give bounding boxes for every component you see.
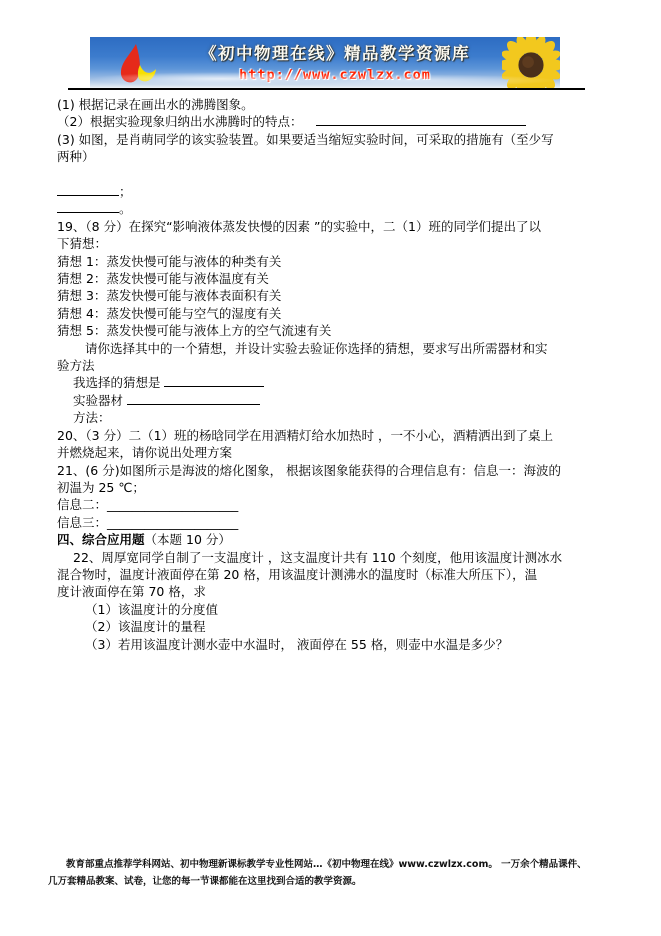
footer-line: 几万套精品教案、试卷，让您的每一节课都能在这里找到合适的教学资源。: [48, 874, 616, 891]
line-text: 猜想 4：蒸发快慢可能与空气的湿度有关: [57, 306, 281, 321]
site-banner: 《初中物理在线》精品教学资源库 http://www.czwlzx.com: [90, 37, 560, 88]
doc-line: 请你选择其中的一个猜想，并设计实验去验证你选择的猜想，要求写出所需器材和实: [57, 340, 604, 357]
fill-in-blank: [57, 201, 119, 213]
line-text: 猜想 3：蒸发快慢可能与液体表面积有关: [57, 288, 281, 303]
doc-line: （1）该温度计的分度值: [57, 601, 604, 618]
sunflower-icon: [502, 37, 560, 88]
line-text: 猜想 1：蒸发快慢可能与液体的种类有关: [57, 254, 281, 269]
heading-normal-text: （本题 10 分）: [145, 532, 231, 547]
doc-line: 混合物时，温度计液面停在第 20 格，用该温度计测沸水的温度时（标准大所压下），…: [57, 566, 604, 583]
blank-line: [57, 166, 604, 183]
doc-line: 猜想 5：蒸发快慢可能与液体上方的空气流速有关: [57, 322, 604, 339]
line-text: (3) 如图，是肖萌同学的该实验装置。如果要适当缩短实验时间，可采取的措施有（至…: [57, 132, 554, 147]
doc-line: 方法：: [57, 409, 604, 426]
logo-flame-icon: [112, 43, 158, 87]
line-text: 验方法: [57, 358, 95, 373]
doc-line: ；: [57, 183, 604, 200]
doc-line: 猜想 2：蒸发快慢可能与液体温度有关: [57, 270, 604, 287]
doc-line: 猜想 1：蒸发快慢可能与液体的种类有关: [57, 253, 604, 270]
doc-line: 并燃烧起来，请你说出处理方案: [57, 444, 604, 461]
fill-in-blank: [164, 375, 264, 387]
line-text: 19、（8 分）在探究“影响液体蒸发快慢的因素 ”的实验中，二（1）班的同学们提…: [57, 219, 541, 234]
line-text: 度计液面停在第 70 格，求: [57, 584, 206, 599]
line-text: 。: [119, 201, 132, 216]
fill-in-blank: [127, 393, 260, 405]
doc-line: 验方法: [57, 357, 604, 374]
line-text: 20、（3 分）二（1）班的杨晗同学在用酒精灯给水加热时 ，一不小心，酒精洒出到…: [57, 428, 553, 443]
line-text: 请你选择其中的一个猜想，并设计实验去验证你选择的猜想，要求写出所需器材和实: [85, 341, 548, 356]
banner-title: 《初中物理在线》精品教学资源库: [180, 40, 490, 64]
line-text: 22、周厚宽同学自制了一支温度计 ，这支温度计共有 110 个刻度，他用该温度计…: [73, 550, 562, 565]
doc-line: 下猜想：: [57, 235, 604, 252]
doc-line: 21、(6 分)如图所示是海波的熔化图象， 根据该图象能获得的合理信息有：信息一…: [57, 462, 604, 479]
fill-in-blank: [57, 184, 119, 196]
line-text: （2）该温度计的量程: [85, 619, 205, 634]
doc-line: 22、周厚宽同学自制了一支温度计 ，这支温度计共有 110 个刻度，他用该温度计…: [57, 549, 604, 566]
line-text: 混合物时，温度计液面停在第 20 格，用该温度计测沸水的温度时（标准大所压下），…: [57, 567, 537, 582]
line-text: (1) 根据记录在画出水的沸腾图象。: [57, 97, 254, 112]
doc-line: （3）若用该温度计测水壶中水温时， 液面停在 55 格，则壶中水温是多少？: [57, 636, 604, 653]
doc-line: 猜想 3：蒸发快慢可能与液体表面积有关: [57, 287, 604, 304]
doc-line: 猜想 4：蒸发快慢可能与空气的湿度有关: [57, 305, 604, 322]
line-text: 两种）: [57, 149, 95, 164]
line-text: 并燃烧起来，请你说出处理方案: [57, 445, 232, 460]
doc-line: 实验器材: [57, 392, 604, 409]
line-text: ；: [119, 184, 132, 199]
doc-line: 20、（3 分）二（1）班的杨晗同学在用酒精灯给水加热时 ，一不小心，酒精洒出到…: [57, 427, 604, 444]
line-text: （1）该温度计的分度值: [85, 602, 218, 617]
line-text: 下猜想：: [57, 236, 107, 251]
doc-line: 19、（8 分）在探究“影响液体蒸发快慢的因素 ”的实验中，二（1）班的同学们提…: [57, 218, 604, 235]
doc-line: (3) 如图，是肖萌同学的该实验装置。如果要适当缩短实验时间，可采取的措施有（至…: [57, 131, 604, 148]
footer: 教育部重点推荐学科网站、初中物理新课标教学专业性网站…《初中物理在线》www.c…: [48, 857, 616, 890]
line-text: 实验器材: [73, 393, 127, 408]
line-text: 猜想 2：蒸发快慢可能与液体温度有关: [57, 271, 269, 286]
section-heading: 四、综合应用题（本题 10 分）: [57, 531, 604, 548]
banner-url: http://www.czwlzx.com: [180, 67, 490, 83]
document-body: (1) 根据记录在画出水的沸腾图象。 （2）根据实验现象归纳出水沸腾时的特点： …: [57, 96, 604, 653]
line-text: 信息三：_____________________: [57, 515, 238, 530]
doc-line: 初温为 25 ℃；: [57, 479, 604, 496]
line-text: 初温为 25 ℃；: [57, 480, 145, 495]
doc-line: 两种）: [57, 148, 604, 165]
doc-line: 信息三：_____________________: [57, 514, 604, 531]
doc-line: （2）该温度计的量程: [57, 618, 604, 635]
line-text: 21、(6 分)如图所示是海波的熔化图象， 根据该图象能获得的合理信息有：信息一…: [57, 463, 561, 478]
line-text: 我选择的猜想是: [73, 375, 164, 390]
fill-in-blank: [316, 114, 526, 126]
doc-line: 信息二：_____________________: [57, 496, 604, 513]
line-text: （2）根据实验现象归纳出水沸腾时的特点：: [57, 114, 302, 129]
heading-bold-text: 四、综合应用题: [57, 532, 145, 547]
line-text: 猜想 5：蒸发快慢可能与液体上方的空气流速有关: [57, 323, 331, 338]
doc-line: 。: [57, 200, 604, 217]
line-text: 信息二：_____________________: [57, 497, 238, 512]
doc-line: 度计液面停在第 70 格，求: [57, 583, 604, 600]
line-text: 方法：: [73, 410, 111, 425]
doc-line: （2）根据实验现象归纳出水沸腾时的特点：: [57, 113, 604, 130]
doc-line: (1) 根据记录在画出水的沸腾图象。: [57, 96, 604, 113]
doc-line: 我选择的猜想是: [57, 374, 604, 391]
document-page: 《初中物理在线》精品教学资源库 http://www.czwlzx.com: [0, 0, 661, 936]
footer-line: 教育部重点推荐学科网站、初中物理新课标教学专业性网站…《初中物理在线》www.c…: [48, 857, 616, 874]
header-divider: [68, 88, 585, 90]
line-text: （3）若用该温度计测水壶中水温时， 液面停在 55 格，则壶中水温是多少？: [85, 637, 508, 652]
